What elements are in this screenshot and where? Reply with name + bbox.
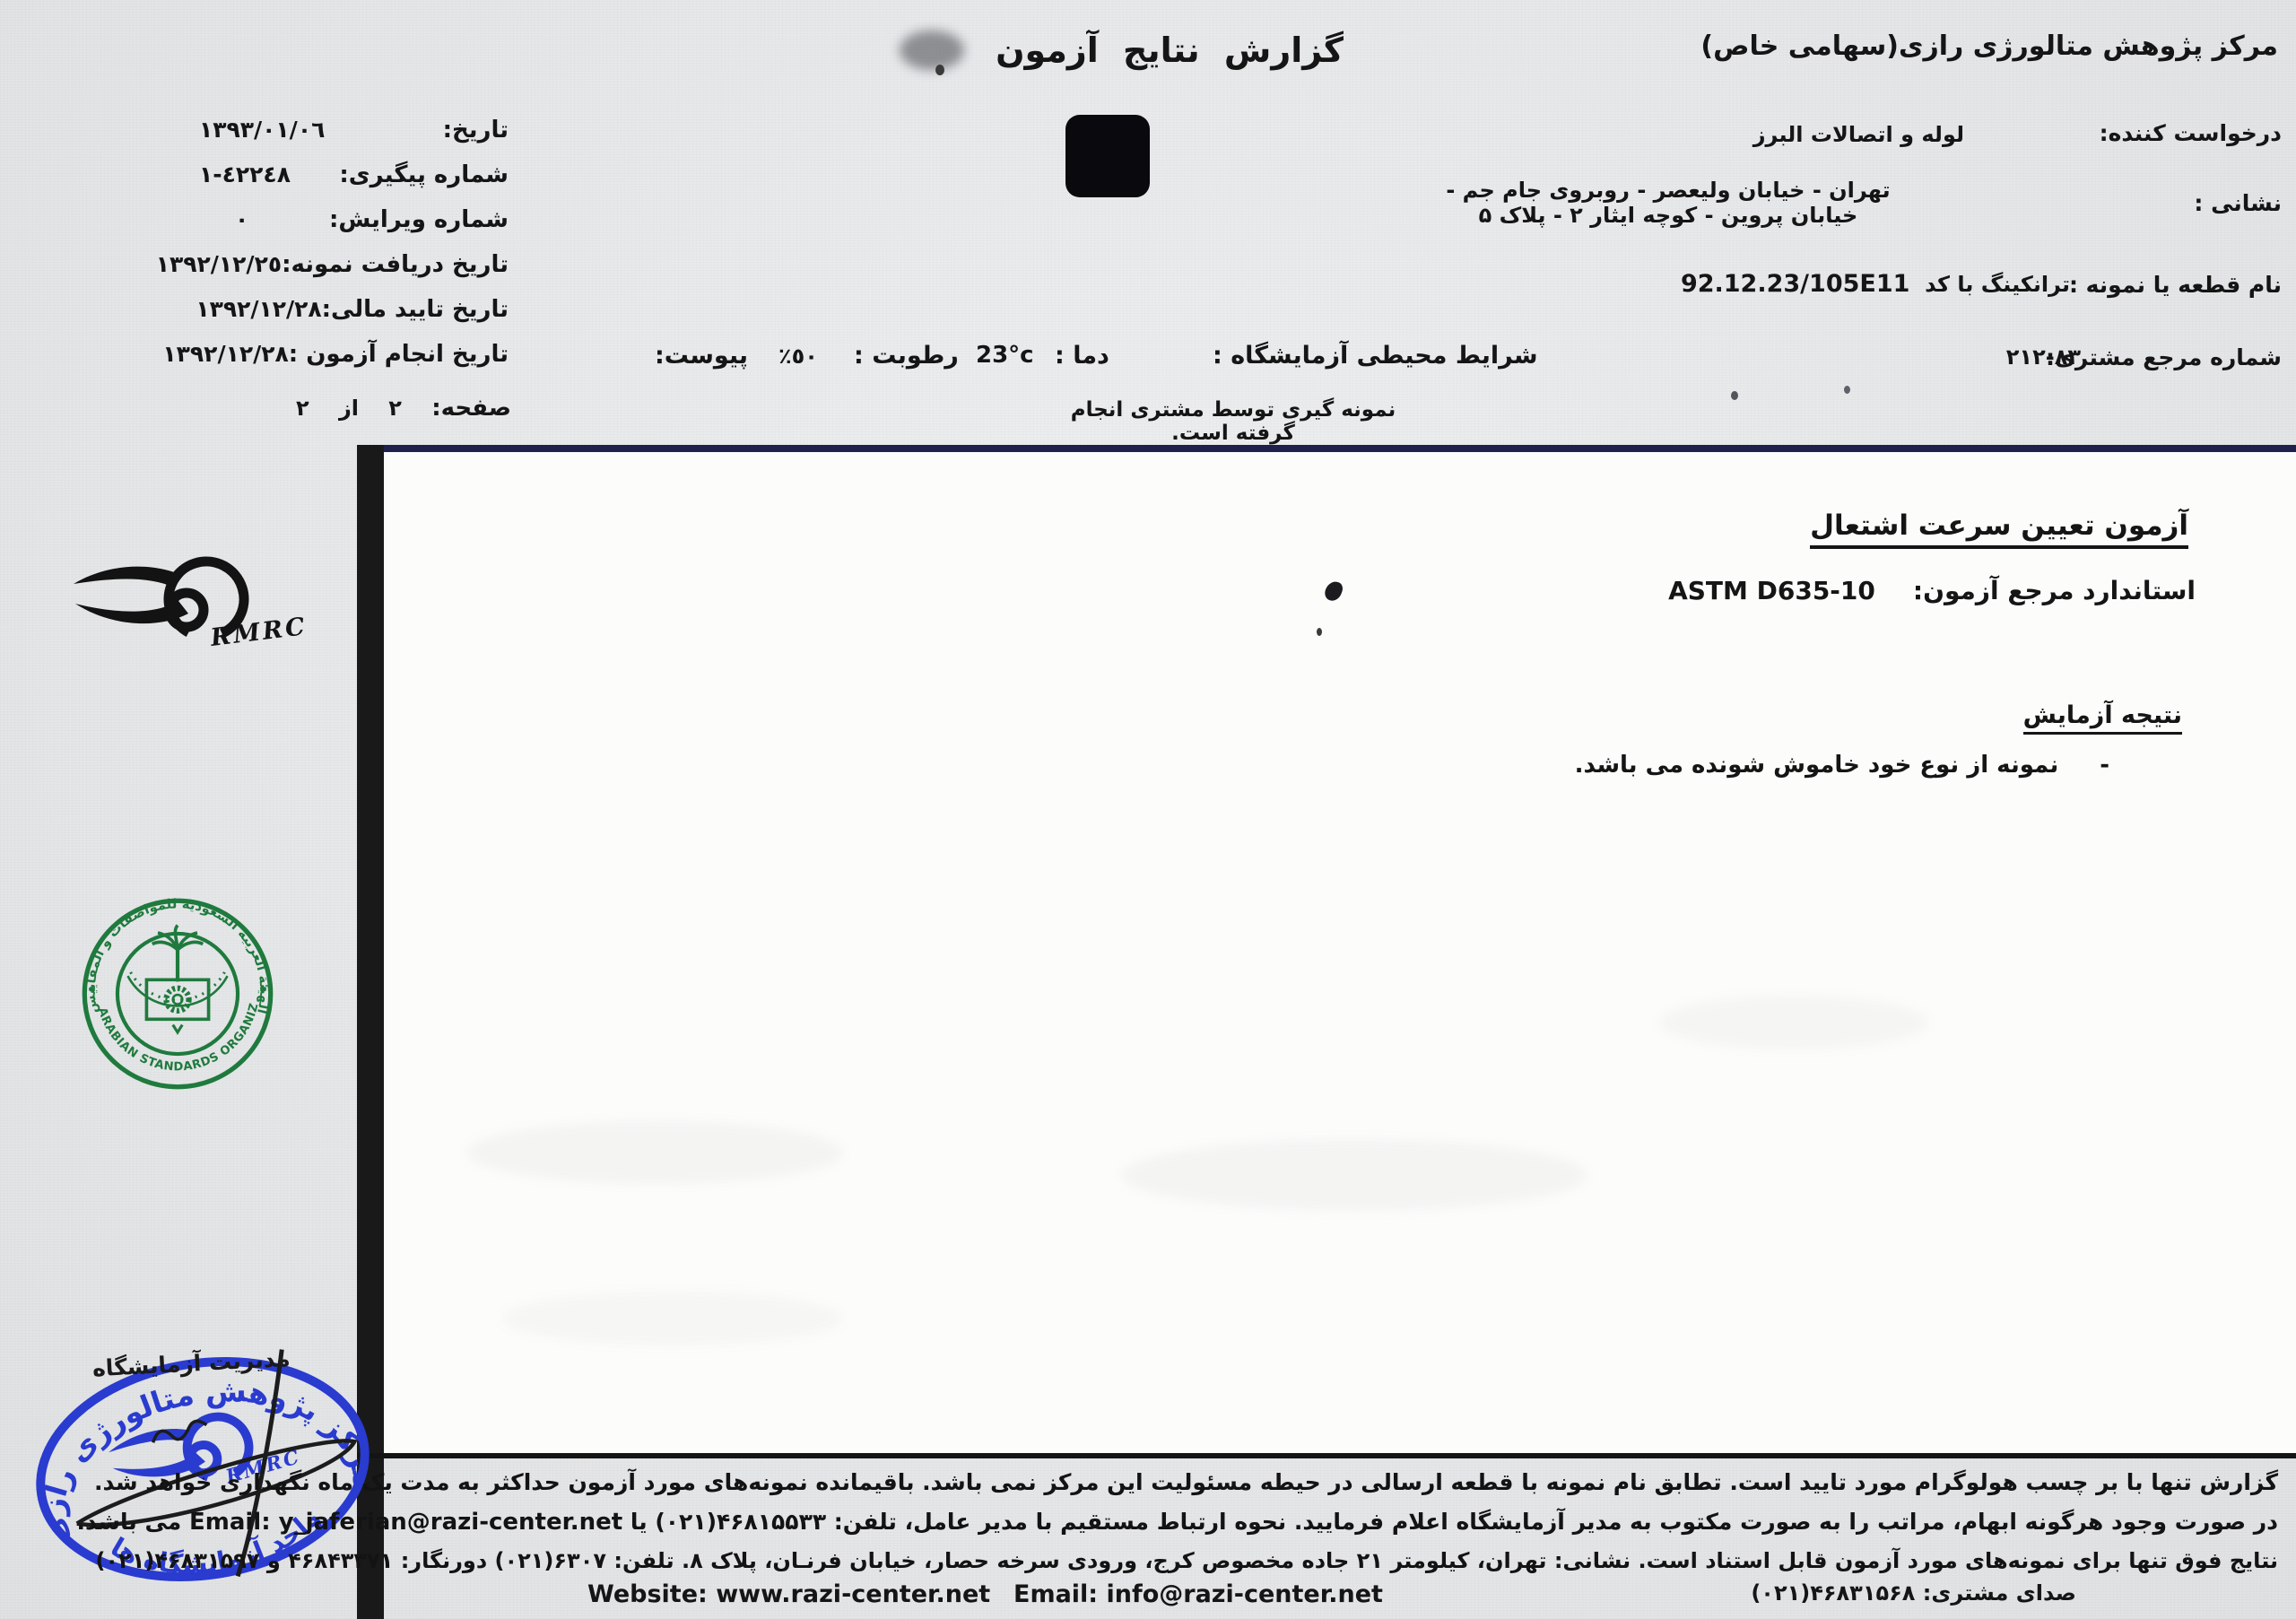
- ink-speck: [1317, 628, 1322, 636]
- standard-reference-row: استاندارد مرجع آزمون: ASTM D635-10: [1668, 576, 2196, 605]
- financial-approval-date-value: ١٣٩٢/١٢/٢٨: [196, 296, 321, 322]
- document-title: گزارش نتایج آزمون: [1012, 30, 1344, 70]
- frame-top-border: [359, 445, 2296, 452]
- standard-reference-label: استاندارد مرجع آزمون:: [1913, 576, 2196, 605]
- page-label: صفحه:: [431, 395, 511, 422]
- ink-smudge: [900, 30, 964, 70]
- result-dash: -: [2100, 752, 2109, 779]
- page-number: ٢: [388, 396, 402, 421]
- requester-label: درخواست کننده:: [2100, 120, 2282, 146]
- test-date-label: تاریخ انجام آزمون :: [289, 341, 509, 368]
- scanned-test-report-page: { "header": { "company": "مرکز پژوهش متا…: [0, 0, 2296, 1619]
- footer-disclaimer-line1: گزارش تنها با بر چسب هولوگرام مورد تایید…: [386, 1469, 2278, 1495]
- sample-name-value: ترانکینگ با کد 92.12.23/105E11: [1681, 270, 2070, 298]
- scan-speck: [1844, 386, 1850, 394]
- temperature-value: 23°c: [976, 342, 1034, 369]
- result-heading: نتیجه آزمایش: [2023, 701, 2182, 735]
- attachment-label: پیوست:: [655, 342, 748, 370]
- env-conditions-label: شرایط محیطی آزمایشگاه :: [1213, 342, 1538, 370]
- customer-ref-label: شماره مرجع مشتری:: [2046, 344, 2282, 370]
- address-value: تهران - خیابان ولیعصر - روبروی جام جم - …: [1431, 178, 1906, 228]
- rmrc-logo-text: RMRC: [208, 613, 303, 652]
- frame-bottom-border: [357, 1453, 2296, 1458]
- footer-email: Email: info@razi-center.net: [1013, 1580, 1383, 1608]
- test-date-value: ١٣٩٢/١٢/٢٨: [162, 341, 288, 367]
- footer-line2-suffix: می باشد.: [76, 1509, 181, 1535]
- field-row-revision: شماره ویرایش: ٠: [199, 206, 509, 251]
- field-row-tracking: شماره پیگیری: ٤٢٢٤٨-١: [199, 161, 509, 206]
- sample-name-label: نام قطعه یا نمونه :: [2069, 272, 2282, 298]
- rmrc-logo-graphic: RMRC: [70, 554, 303, 662]
- standard-reference-value: ASTM D635-10: [1668, 576, 1875, 605]
- financial-approval-date-label: تاریخ تایید مالی:: [322, 296, 509, 323]
- redacted-black-box: [1065, 115, 1150, 197]
- revision-number-label: شماره ویرایش:: [329, 206, 509, 233]
- footer-address-line3: نتایج فوق تنها برای نمونه‌های مورد آزمون…: [386, 1548, 2278, 1573]
- sample-code: 92.12.23/105E11: [1681, 270, 1909, 298]
- customer-ref-value: ٨٣-٢١٢: [2006, 344, 2081, 370]
- scan-smudge: [466, 1121, 843, 1184]
- ink-speck: [935, 65, 944, 75]
- result-row: - نمونه از نوع خود خاموش شونده می باشد.: [1575, 752, 2109, 779]
- lab-approval-stamp: مرکز پژوهش متالورژی رازی واحد آزمایشگاه …: [6, 1317, 400, 1619]
- humidity-label: رطوبت :: [854, 342, 959, 370]
- date-label: تاریخ:: [443, 117, 509, 144]
- company-name: مرکز پژوهش متالورژی رازی(سهامی خاص): [1700, 30, 2278, 62]
- field-row-sample-received: تاریخ دریافت نمونه: ١٣٩٢/١٢/٢٥: [199, 251, 509, 296]
- page-of-word: از: [339, 396, 359, 421]
- revision-number-value: ٠: [199, 206, 248, 232]
- field-row-test-date: تاریخ انجام آزمون : ١٣٩٢/١٢/٢٨: [199, 341, 509, 386]
- footer-website: Website: www.razi-center.net: [587, 1580, 990, 1608]
- test-title: آزمون تعیین سرعت اشتعال: [1810, 509, 2188, 549]
- scan-smudge: [502, 1292, 843, 1345]
- scan-speck: [1731, 391, 1738, 400]
- scan-smudge: [1121, 1139, 1587, 1211]
- humidity-value: ٪٥٠: [778, 344, 818, 369]
- report-meta-fields: تاریخ: ١٣٩٣/٠١/٠٦ شماره پیگیری: ٤٢٢٤٨-١ …: [199, 117, 509, 386]
- sample-name-fa: ترانکینگ با کد: [1925, 272, 2070, 297]
- tracking-number-label: شماره پیگیری:: [339, 161, 509, 188]
- footer-customer-voice: صدای مشتری: ۴۶۸۳۱۵۶۸(۰۲۱): [1751, 1580, 2076, 1606]
- stamp-graphic: مرکز پژوهش متالورژی رازی واحد آزمایشگاه …: [6, 1317, 400, 1619]
- footer-disclaimer-line2: در صورت وجود هرگونه ابهام، مراتب را به ص…: [386, 1509, 2278, 1536]
- date-value: ١٣٩٣/٠١/٠٦: [199, 117, 325, 143]
- sampling-note: نمونه گیری توسط مشتری انجام گرفته است.: [1058, 398, 1408, 445]
- saso-logo-graphic: الهيئة العربية السعودية للمواصفات و المق…: [79, 895, 276, 1092]
- page-indicator: صفحه: ٢ از ٢: [296, 395, 511, 422]
- sample-received-date-label: تاریخ دریافت نمونه:: [282, 251, 509, 278]
- requester-value: لوله و اتصالات البرز: [1753, 122, 1964, 147]
- field-row-date: تاریخ: ١٣٩٣/٠١/٠٦: [199, 117, 509, 161]
- page-total: ٢: [296, 396, 309, 421]
- scan-smudge: [1659, 996, 1928, 1049]
- saso-palm-emblem: [127, 926, 227, 1032]
- result-text: نمونه از نوع خود خاموش شونده می باشد.: [1575, 752, 2059, 779]
- tracking-number-value: ٤٢٢٤٨-١: [199, 161, 291, 187]
- footer-line2-prefix: در صورت وجود هرگونه ابهام، مراتب را به ص…: [631, 1509, 2278, 1535]
- field-row-financial-approval: تاریخ تایید مالی: ١٣٩٢/١٢/٢٨: [199, 296, 509, 341]
- temperature-label: دما :: [1055, 342, 1109, 370]
- saso-logo: الهيئة العربية السعودية للمواصفات و المق…: [79, 895, 276, 1092]
- address-label: نشانی :: [2194, 190, 2282, 216]
- rmrc-logo: RMRC: [70, 554, 303, 662]
- sample-received-date-value: ١٣٩٢/١٢/٢٥: [156, 251, 282, 277]
- footer-line2-email: Email: y_jaferian@razi-center.net: [189, 1509, 622, 1536]
